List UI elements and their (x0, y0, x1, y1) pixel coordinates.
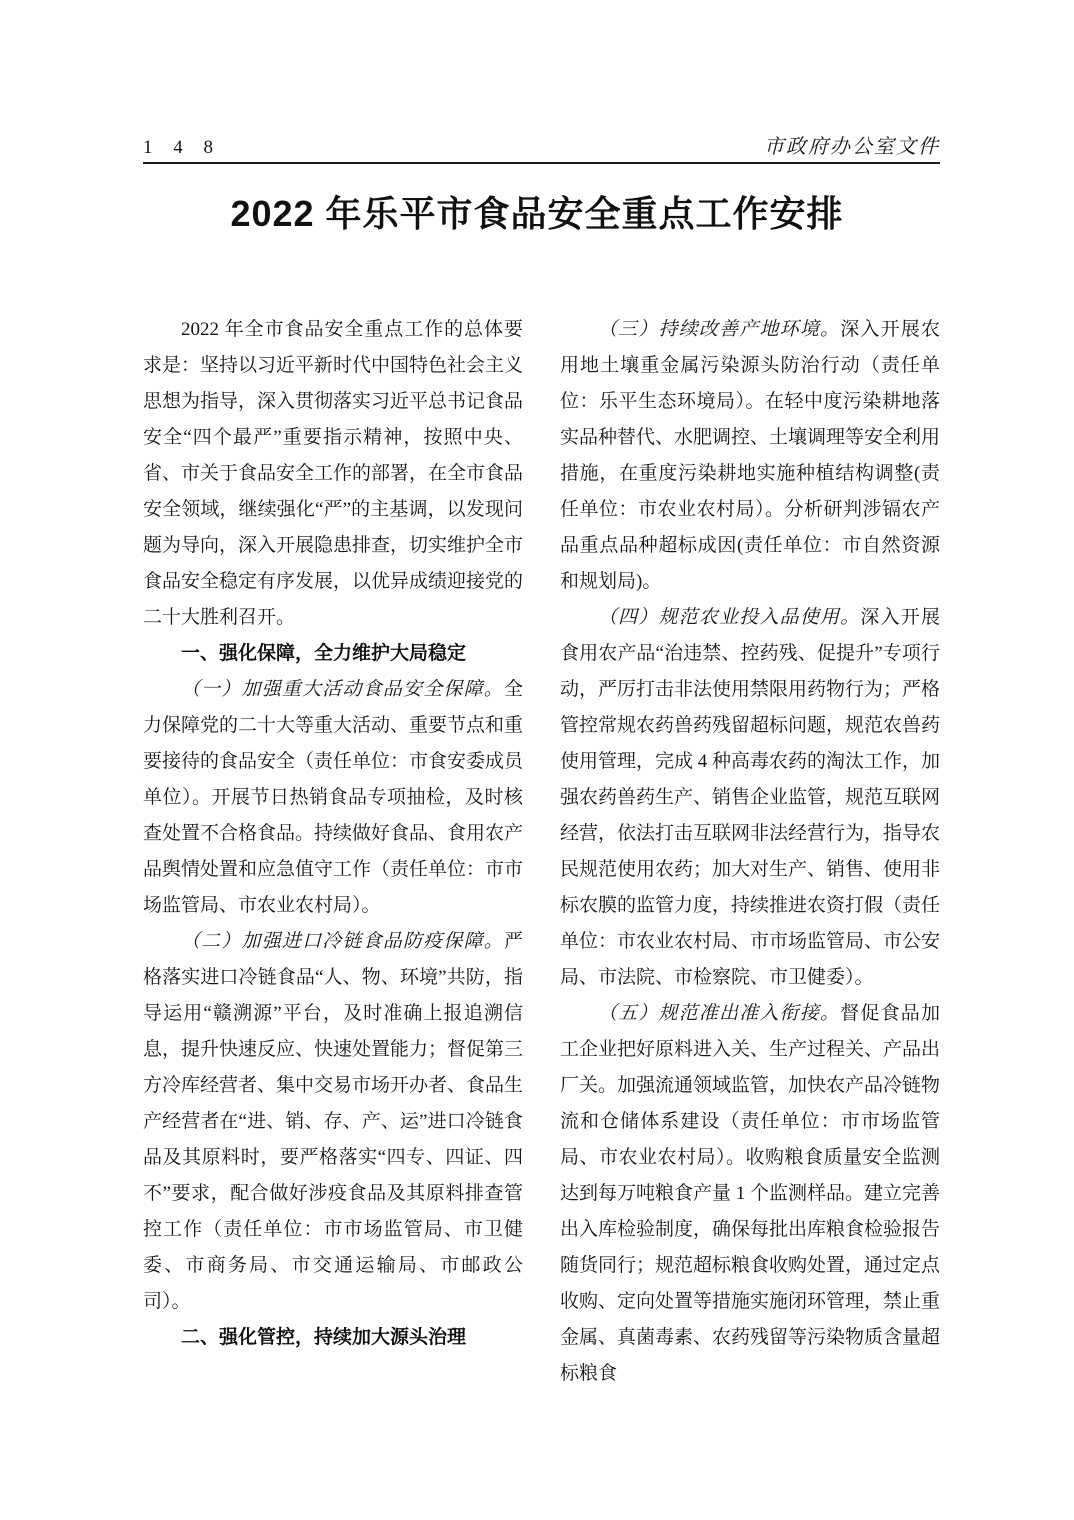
intro-text: 2022 年全市食品安全重点工作的总体要求是：坚持以习近平新时代中国特色社会主义… (143, 319, 523, 628)
item-5-lead: （五）规范准出准入衔接。 (598, 1003, 840, 1024)
item-4-paragraph: （四）规范农业投入品使用。深入开展食用农产品“治违禁、控药残、促提升”专项行动，… (560, 600, 940, 996)
section-1-heading: 一、强化保障，全力维护大局稳定 (143, 636, 523, 672)
item-4-lead: （四）规范农业投入品使用。 (598, 607, 860, 628)
item-3-paragraph: （三）持续改善产地环境。深入开展农用地土壤重金属污染源头防治行动（责任单位：乐平… (560, 312, 940, 600)
left-column: 2022 年全市食品安全重点工作的总体要求是：坚持以习近平新时代中国特色社会主义… (143, 312, 523, 1392)
item-1-text: 全力保障党的二十大等重大活动、重要节点和重要接待的食品安全（责任单位：市食安委成… (143, 679, 523, 916)
item-1-paragraph: （一）加强重大活动食品安全保障。全力保障党的二十大等重大活动、重要节点和重要接待… (143, 672, 523, 924)
item-2-paragraph: （二）加强进口冷链食品防疫保障。严格落实进口冷链食品“人、物、环境”共防，指导运… (143, 924, 523, 1320)
page-header: 1 4 8 市政府办公室文件 (143, 130, 940, 164)
item-5-paragraph: （五）规范准出准入衔接。督促食品加工企业把好原料进入关、生产过程关、产品出厂关。… (560, 996, 940, 1392)
item-4-text: 深入开展食用农产品“治违禁、控药残、促提升”专项行动，严厉打击非法使用禁限用药物… (560, 607, 940, 988)
document-page: 1 4 8 市政府办公室文件 2022 年乐平市食品安全重点工作安排 2022 … (0, 0, 1074, 1520)
section-1-heading-text: 一、强化保障，全力维护大局稳定 (181, 643, 466, 664)
document-body: 2022 年全市食品安全重点工作的总体要求是：坚持以习近平新时代中国特色社会主义… (143, 312, 940, 1392)
item-1-lead: （一）加强重大活动食品安全保障。 (181, 679, 504, 700)
item-3-text: 深入开展农用地土壤重金属污染源头防治行动（责任单位：乐平生态环境局）。在轻中度污… (560, 319, 940, 592)
header-doc-type-label: 市政府办公室文件 (764, 130, 940, 159)
right-column: （三）持续改善产地环境。深入开展农用地土壤重金属污染源头防治行动（责任单位：乐平… (560, 312, 940, 1392)
item-5-text: 督促食品加工企业把好原料进入关、生产过程关、产品出厂关。加强流通领域监管，加快农… (560, 1003, 940, 1384)
section-2-heading-text: 二、强化管控，持续加大源头治理 (181, 1327, 466, 1348)
section-2-heading: 二、强化管控，持续加大源头治理 (143, 1320, 523, 1356)
item-3-lead: （三）持续改善产地环境。 (598, 319, 840, 340)
item-2-lead: （二）加强进口冷链食品防疫保障。 (181, 931, 504, 952)
intro-paragraph: 2022 年全市食品安全重点工作的总体要求是：坚持以习近平新时代中国特色社会主义… (143, 312, 523, 636)
item-2-text: 严格落实进口冷链食品“人、物、环境”共防，指导运用“赣溯源”平台，及时准确上报追… (143, 931, 523, 1312)
page-number: 1 4 8 (143, 137, 221, 159)
document-title: 2022 年乐平市食品安全重点工作安排 (0, 186, 1074, 237)
